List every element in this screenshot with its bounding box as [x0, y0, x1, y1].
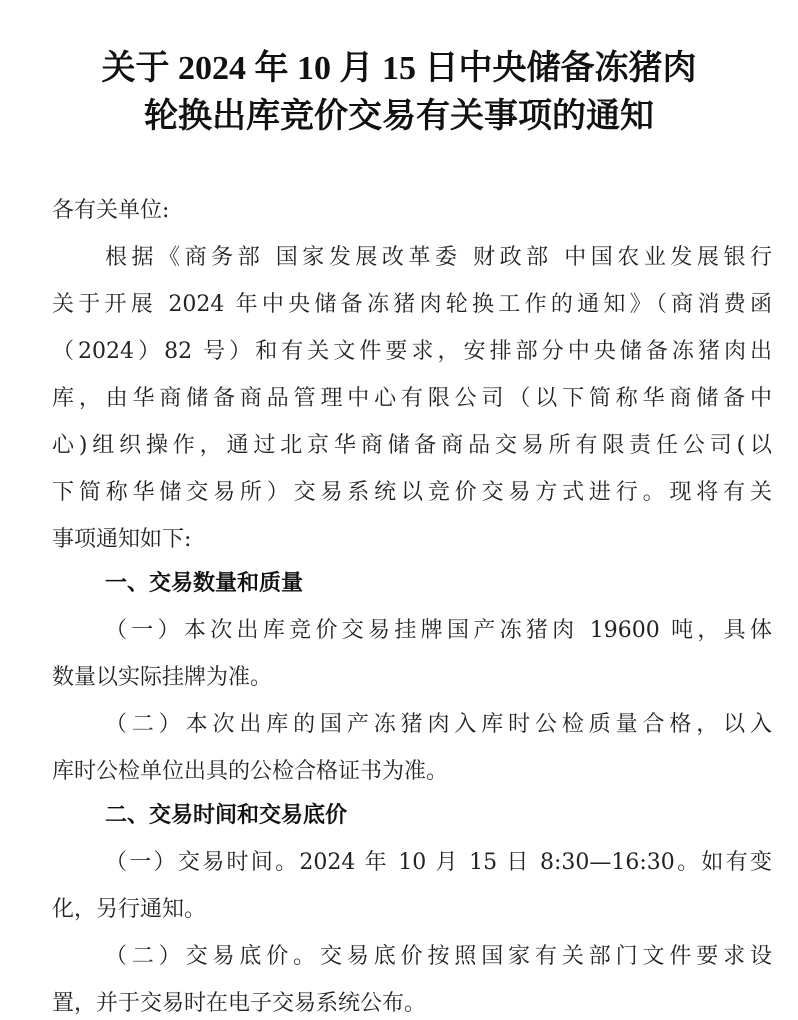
paragraph-line: 根据《商务部 国家发展改革委 财政部 中国农业发展银行 [105, 243, 772, 273]
paragraph-line: 化，另行通知。 [52, 895, 772, 925]
paragraph-line: 关于开展 2024 年中央储备冻猪肉轮换工作的通知》（商消费函 [52, 290, 772, 320]
paragraph-line: 置，并于交易时在电子交易系统公布。 [52, 989, 772, 1019]
paragraph-line: （2024）82 号）和有关文件要求，安排部分中央储备冻猪肉出 [52, 337, 772, 367]
paragraph-line: （一）本次出库竞价交易挂牌国产冻猪肉 19600 吨，具体 [105, 616, 772, 646]
paragraph-line: 下简称华储交易所）交易系统以竞价交易方式进行。现将有关 [52, 478, 772, 508]
section-heading: 二、交易时间和交易底价 [105, 801, 347, 831]
document-title-line-2: 轮换出库竞价交易有关事项的通知 [0, 92, 798, 142]
section-heading: 一、交易数量和质量 [105, 569, 303, 599]
paragraph-line: 库时公检单位出具的公检合格证书为准。 [52, 757, 772, 787]
salutation: 各有关单位: [52, 196, 772, 226]
paragraph-line: （一）交易时间。2024 年 10 月 15 日 8:30—16:30。如有变 [105, 848, 772, 878]
paragraph-line: 库，由华商储备商品管理中心有限公司（以下简称华商储备中 [52, 384, 772, 414]
paragraph-line: （二）交易底价。交易底价按照国家有关部门文件要求设 [105, 942, 772, 972]
paragraph-line: （二）本次出库的国产冻猪肉入库时公检质量合格，以入 [105, 710, 772, 740]
paragraph-line: 数量以实际挂牌为准。 [52, 663, 772, 693]
paragraph-line: 事项通知如下: [52, 525, 772, 555]
document-title-line-1: 关于 2024 年 10 月 15 日中央储备冻猪肉 [0, 44, 798, 94]
paragraph-line: 心)组织操作，通过北京华商储备商品交易所有限责任公司(以 [52, 431, 772, 461]
